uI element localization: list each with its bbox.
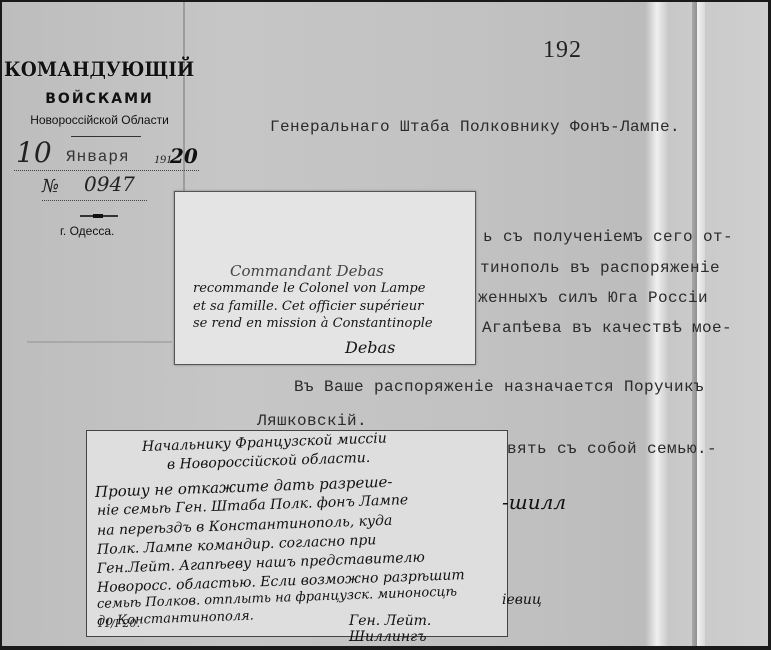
overflow-handwriting-2: іевиц — [502, 592, 542, 608]
handwritten-note: Начальнику Французской миссіи в Новоросс… — [86, 430, 508, 637]
visiting-card-signature: Debas — [345, 338, 395, 357]
document-number-line: № 0947 — [42, 178, 147, 201]
note-date: 11/I 20. — [97, 617, 140, 630]
dash-ornament — [80, 215, 118, 217]
number-sign: № — [42, 176, 59, 197]
body-line-5: Въ Ваше распоряженіе назначается Поручик… — [294, 378, 704, 396]
visiting-card: Commandant Debas recommande le Colonel v… — [174, 191, 476, 365]
body-line-2: тинополь въ распоряженіе — [480, 259, 720, 277]
date-month: Января — [66, 148, 130, 166]
note-signature: Ген. Лейт. Шиллингъ — [349, 613, 507, 645]
visiting-card-line-3: se rend en mission à Constantinople — [193, 316, 433, 331]
body-line-7: вять съ собой семью.- — [507, 440, 717, 458]
city-label: г. Одесса. — [60, 224, 114, 238]
paper-fold-horizontal — [27, 341, 172, 343]
addressee-line: Генеральнаго Штаба Полковнику Фонъ-Лампе… — [270, 118, 680, 136]
archival-document-page: 192 КОМАНДУЮЩІЙ ВОЙСКАМИ Новороссійской … — [2, 2, 768, 646]
date-day: 10 — [16, 136, 52, 169]
letterhead-subtitle: ВОЙСКАМИ — [2, 91, 197, 107]
note-header-line-2: в Новороссійской области. — [167, 450, 371, 473]
archive-page-number: 192 — [543, 37, 582, 64]
visiting-card-line-1: recommande le Colonel von Lampe — [193, 281, 425, 296]
overflow-handwriting-1: -шилл — [502, 490, 566, 514]
document-number: 0947 — [84, 172, 135, 196]
visiting-card-name: Commandant Debas — [230, 262, 384, 280]
body-line-1: ь съ полученіемъ сего от- — [483, 228, 733, 246]
date-line: 10 Января 191 20 — [14, 142, 199, 171]
body-line-6: Ляшковскій. — [257, 412, 367, 430]
letterhead-title: КОМАНДУЮЩІЙ — [4, 57, 182, 81]
letterhead: КОМАНДУЮЩІЙ ВОЙСКАМИ Новороссійской Обла… — [2, 57, 197, 127]
body-line-3: женныхъ силъ Юга Россіи — [478, 289, 708, 307]
date-ornament — [71, 136, 141, 140]
body-line-4: Агапѣева въ качествѣ мое- — [482, 319, 732, 337]
visiting-card-line-2: et sa famille. Cet officier supérieur — [193, 299, 423, 314]
date-year-suffix: 20 — [170, 144, 198, 168]
letterhead-region: Новороссійской Области — [2, 113, 197, 127]
